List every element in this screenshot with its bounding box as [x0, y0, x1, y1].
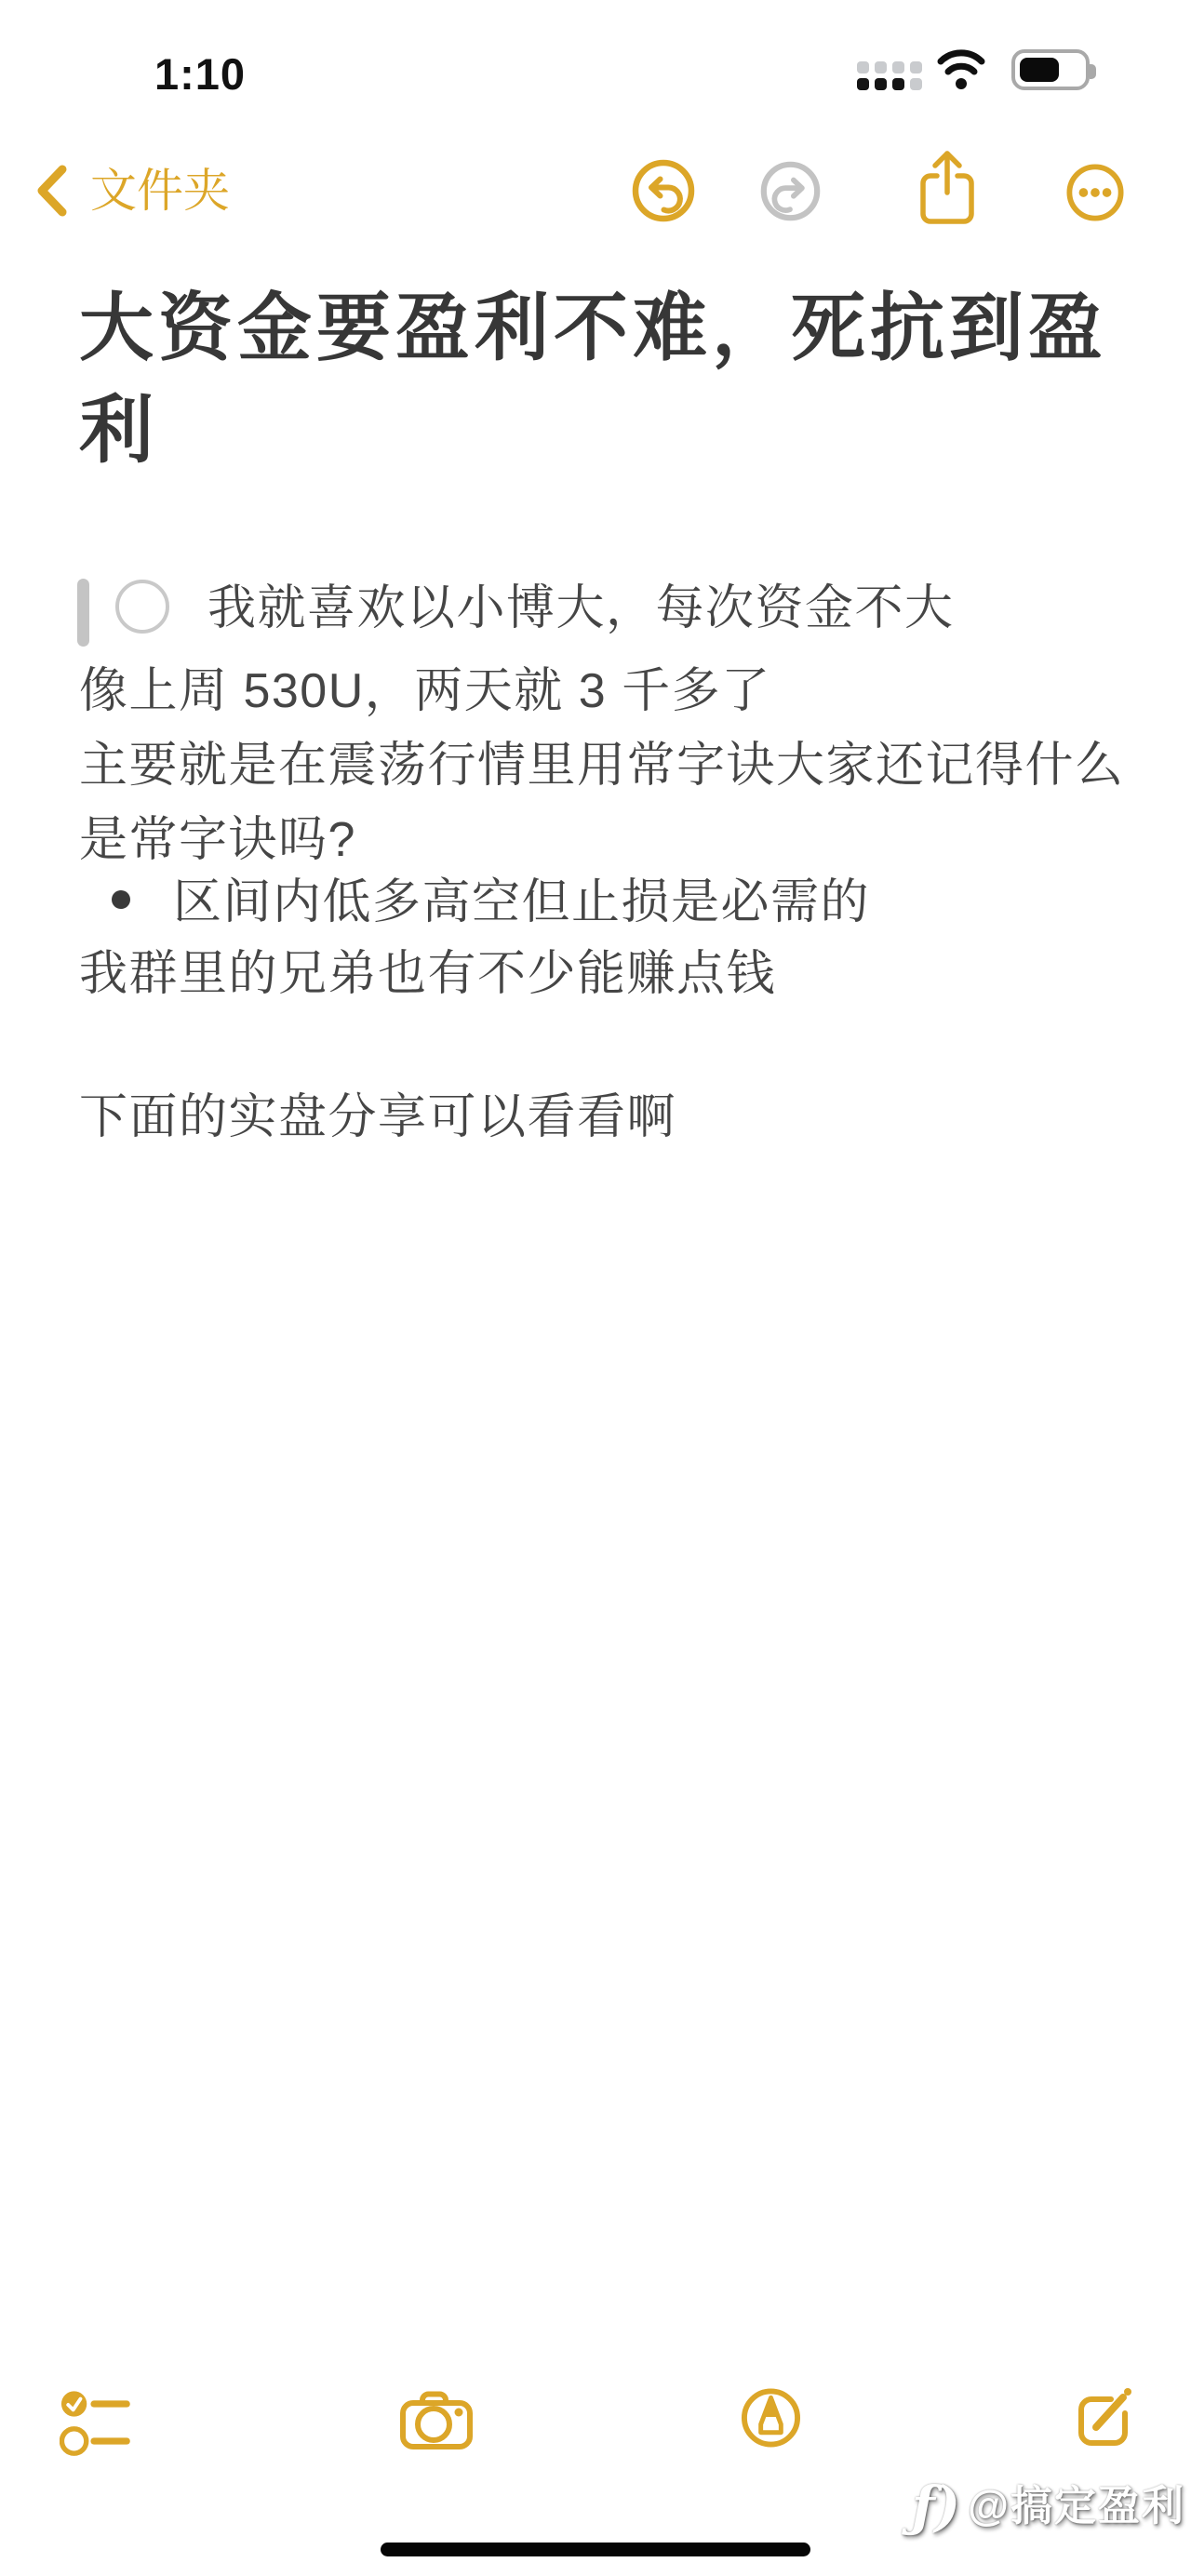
compose-icon: [1070, 2383, 1137, 2452]
watermark: ƒ) @搞定盈利: [912, 2478, 1185, 2534]
checklist-item-text: 我就喜欢以小博大，每次资金不大: [207, 575, 1191, 642]
checklist-circle-unchecked[interactable]: [115, 580, 169, 634]
cellular-signal-icon: [857, 61, 925, 91]
note-text: 主要就是在震荡行情里用常字诀大家还记得什么: [79, 737, 1191, 794]
share-button[interactable]: [917, 149, 977, 232]
markup-pen-icon: [741, 2387, 801, 2449]
redo-button[interactable]: [760, 161, 821, 226]
checklist-toolbar-button[interactable]: [60, 2389, 132, 2462]
note-title[interactable]: 大资金要盈利不难，死抗到盈 利: [79, 277, 1126, 482]
compose-toolbar-button[interactable]: [1070, 2383, 1137, 2457]
share-icon: [917, 149, 977, 227]
back-button[interactable]: 文件夹: [35, 165, 230, 217]
note-text: 像上周 530U，两天就 3 千多了: [79, 662, 1191, 720]
note-text-line[interactable]: 是常字诀吗?: [0, 811, 1191, 869]
bullet-item-text: 区间内低多高空但止损是必需的: [173, 873, 1191, 932]
note-text-line[interactable]: 像上周 530U，两天就 3 千多了: [0, 662, 1191, 720]
undo-icon: [632, 159, 695, 222]
note-text-line[interactable]: 我群里的兄弟也有不少能赚点钱: [0, 945, 1191, 1003]
note-text-line[interactable]: 主要就是在震荡行情里用常字诀大家还记得什么: [0, 737, 1191, 794]
checklist-icon: [60, 2389, 132, 2457]
status-time: 1:10: [154, 48, 246, 100]
wifi-icon: [937, 48, 985, 91]
note-text: 我群里的兄弟也有不少能赚点钱: [79, 945, 1191, 1003]
home-indicator[interactable]: [381, 2543, 810, 2556]
ellipsis-circle-icon: [1066, 164, 1124, 221]
battery-nub: [1090, 64, 1096, 79]
watermark-handle: @搞定盈利: [968, 2478, 1185, 2534]
notes-app-screen: 1:10 文件夹: [0, 0, 1191, 2576]
note-text: 下面的实盘分享可以看看啊: [79, 1088, 1191, 1146]
back-button-label: 文件夹: [90, 165, 230, 217]
markup-toolbar-button[interactable]: [741, 2387, 801, 2453]
battery-icon: [1011, 49, 1090, 90]
note-text-line[interactable]: 下面的实盘分享可以看看啊: [0, 1088, 1191, 1146]
checklist-item-row[interactable]: 我就喜欢以小博大，每次资金不大: [0, 575, 1191, 644]
redo-icon: [760, 161, 821, 221]
back-chevron-icon: [35, 165, 68, 217]
text-caret-bar: [77, 579, 89, 647]
note-text: 是常字诀吗?: [79, 811, 1191, 869]
note-title-line2: 利: [79, 380, 1126, 482]
camera-icon: [400, 2389, 473, 2450]
undo-button[interactable]: [632, 159, 695, 227]
bullet-list-item-row[interactable]: 区间内低多高空但止损是必需的: [0, 873, 1191, 932]
bullet-dot: [112, 890, 130, 909]
battery-fill: [1020, 58, 1059, 82]
more-button[interactable]: [1066, 164, 1124, 226]
note-title-line1: 大资金要盈利不难，死抗到盈: [79, 277, 1126, 380]
camera-toolbar-button[interactable]: [400, 2389, 473, 2455]
watermark-logo-icon: ƒ): [912, 2478, 960, 2534]
